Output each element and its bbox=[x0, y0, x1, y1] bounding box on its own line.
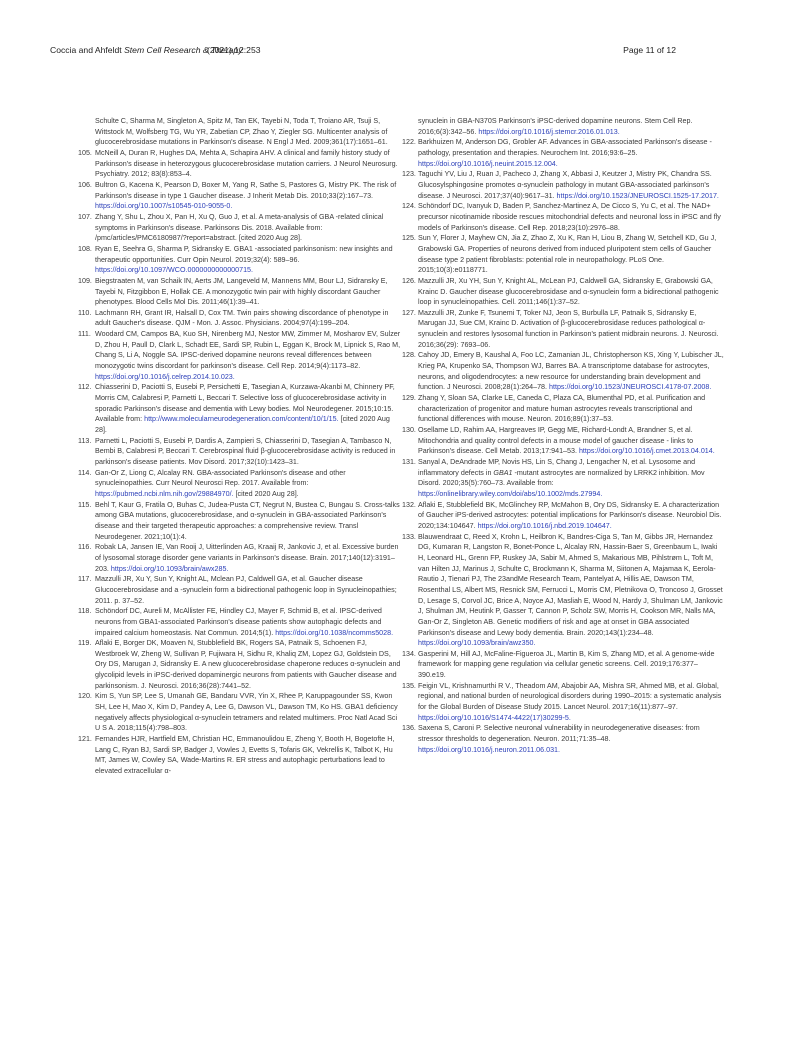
reference-item: 122.Barkhuizen M, Anderson DG, Grobler A… bbox=[402, 137, 724, 169]
reference-number: 133. bbox=[402, 532, 416, 543]
reference-text: Kim S, Yun SP, Lee S, Umanah GE, Bandaru… bbox=[95, 692, 398, 732]
reference-link[interactable]: https://onlinelibrary.wiley.com/doi/abs/… bbox=[418, 490, 602, 498]
reference-text: Ryan E, Seehra G, Sharma P, Sidransky E.… bbox=[95, 245, 393, 264]
reference-text: Saxena S, Caroni P. Selective neuronal v… bbox=[418, 724, 700, 743]
reference-text: Gasperini M, Hill AJ, McFaline-Figueroa … bbox=[418, 650, 714, 679]
reference-link[interactable]: http://www.molecularneurodegeneration.co… bbox=[144, 415, 339, 423]
reference-text: Biegstraaten M, van Schaik IN, Aerts JM,… bbox=[95, 277, 388, 306]
reference-number: 110. bbox=[78, 308, 91, 319]
references-left-column: Schulte C, Sharma M, Singleton A, Spitz … bbox=[82, 116, 402, 777]
reference-number: 115. bbox=[78, 500, 91, 511]
reference-item: 117.Mazzulli JR, Xu Y, Sun Y, Knight AL,… bbox=[82, 574, 402, 606]
reference-number: 117. bbox=[78, 574, 91, 585]
reference-link[interactable]: https://doi.org/10.1016/j.neuron.2011.06… bbox=[418, 746, 560, 754]
reference-number: 127. bbox=[402, 308, 416, 319]
reference-number: 135. bbox=[402, 681, 416, 692]
reference-item: 131.Sanyal A, DeAndrade MP, Novis HS, Li… bbox=[402, 457, 724, 500]
reference-text: Zhang Y, Shu L, Zhou X, Pan H, Xu Q, Guo… bbox=[95, 213, 383, 242]
reference-number: 123. bbox=[402, 169, 416, 180]
reference-number: 107. bbox=[78, 212, 92, 223]
reference-continuation: synuclein in GBA-N370S Parkinson's iPSC-… bbox=[402, 116, 724, 137]
reference-link[interactable]: https://doi.org/10.1007/s10545-010-9055-… bbox=[95, 202, 232, 210]
reference-item: 126.Mazzulli JR, Xu YH, Sun Y, Knight AL… bbox=[402, 276, 724, 308]
reference-item: 112.Chiasserini D, Paciotti S, Eusebi P,… bbox=[82, 382, 402, 435]
reference-item: 109.Biegstraaten M, van Schaik IN, Aerts… bbox=[82, 276, 402, 308]
reference-text: Aflaki E, Borger DK, Moaven N, Stubblefi… bbox=[95, 639, 400, 690]
reference-number: 122. bbox=[402, 137, 416, 148]
reference-number: 105. bbox=[78, 148, 92, 159]
reference-text: Feigin VL, Krishnamurthi R V., Theadom A… bbox=[418, 682, 721, 711]
reference-link[interactable]: https://doi.org/10.1097/WCO.000000000000… bbox=[95, 266, 253, 274]
reference-item: 115.Behl T, Kaur G, Fratila O, Buhas C, … bbox=[82, 500, 402, 543]
reference-number: 106. bbox=[78, 180, 92, 191]
reference-item: 120.Kim S, Yun SP, Lee S, Umanah GE, Ban… bbox=[82, 691, 402, 734]
reference-number: 125. bbox=[402, 233, 416, 244]
reference-item: 123.Taguchi YV, Liu J, Ruan J, Pacheco J… bbox=[402, 169, 724, 201]
reference-text: Fernandes HJR, Hartfield EM, Christian H… bbox=[95, 735, 394, 775]
reference-number: 118. bbox=[78, 606, 91, 617]
reference-link[interactable]: https://doi.org/10.1523/JNEUROSCI.1525-1… bbox=[557, 192, 719, 200]
reference-text: Woodard CM, Campos BA, Kuo SH, Nirenberg… bbox=[95, 330, 400, 370]
reference-link[interactable]: https://doi.org/10.1523/JNEUROSCI.4178-0… bbox=[549, 383, 711, 391]
doi-link[interactable]: https://doi.org/10.1016/j.stemcr.2016.01… bbox=[478, 128, 619, 136]
reference-item: 119.Aflaki E, Borger DK, Moaven N, Stubb… bbox=[82, 638, 402, 691]
reference-text: Lachmann RH, Grant IR, Halsall D, Cox TM… bbox=[95, 309, 388, 328]
reference-item: 110.Lachmann RH, Grant IR, Halsall D, Co… bbox=[82, 308, 402, 329]
reference-link[interactable]: https://doi.org/10.1016/j.nbd.2019.10464… bbox=[478, 522, 612, 530]
reference-text: Bultron G, Kacena K, Pearson D, Boxer M,… bbox=[95, 181, 396, 200]
reference-number: 131. bbox=[402, 457, 416, 468]
reference-continuation: Schulte C, Sharma M, Singleton A, Spitz … bbox=[82, 116, 402, 148]
reference-link[interactable]: https://doi.org/10.1016/S1474-4422(17)30… bbox=[418, 714, 571, 722]
references-right-column: synuclein in GBA-N370S Parkinson's iPSC-… bbox=[402, 116, 724, 755]
reference-number: 121. bbox=[78, 734, 92, 745]
gene-name: GBA1 bbox=[493, 469, 512, 477]
reference-number: 130. bbox=[402, 425, 416, 436]
reference-number: 126. bbox=[402, 276, 416, 287]
header-authors: Coccia and Ahfeldt bbox=[50, 45, 122, 55]
reference-link[interactable]: https://doi.org/10.1093/brain/awx285. bbox=[111, 565, 229, 573]
reference-number: 119. bbox=[78, 638, 91, 649]
reference-text: Behl T, Kaur G, Fratila O, Buhas C, Jude… bbox=[95, 501, 400, 541]
page-number: Page 11 of 12 bbox=[623, 45, 676, 55]
reference-number: 136. bbox=[402, 723, 416, 734]
reference-item: 134.Gasperini M, Hill AJ, McFaline-Figue… bbox=[402, 649, 724, 681]
reference-item: 128.Cahoy JD, Emery B, Kaushal A, Foo LC… bbox=[402, 350, 724, 393]
reference-number: 129. bbox=[402, 393, 416, 404]
reference-number: 120. bbox=[78, 691, 92, 702]
reference-text: Mazzulli JR, Zunke F, Tsunemi T, Toker N… bbox=[418, 309, 719, 349]
reference-item: 114.Gan-Or Z, Liong C, Alcalay RN. GBA-a… bbox=[82, 468, 402, 500]
reference-item: 106.Bultron G, Kacena K, Pearson D, Boxe… bbox=[82, 180, 402, 212]
reference-text: Parnetti L, Paciotti S, Eusebi P, Dardis… bbox=[95, 437, 395, 466]
reference-number: 109. bbox=[78, 276, 92, 287]
reference-item: 105.McNeill A, Duran R, Hughes DA, Mehta… bbox=[82, 148, 402, 180]
reference-link[interactable]: https://doi.org/10.1016/j.cmet.2013.04.0… bbox=[579, 447, 715, 455]
reference-number: 111. bbox=[78, 329, 91, 340]
reference-number: 108. bbox=[78, 244, 92, 255]
reference-text: Zhang Y, Sloan SA, Clarke LE, Caneda C, … bbox=[418, 394, 705, 423]
reference-text: Mazzulli JR, Xu Y, Sun Y, Knight AL, Mcl… bbox=[95, 575, 397, 604]
reference-item: 111.Woodard CM, Campos BA, Kuo SH, Niren… bbox=[82, 329, 402, 382]
reference-item: 116.Robak LA, Jansen IE, Van Rooij J, Ui… bbox=[82, 542, 402, 574]
reference-text: Sun Y, Florer J, Mayhew CN, Jia Z, Zhao … bbox=[418, 234, 716, 274]
reference-number: 134. bbox=[402, 649, 416, 660]
reference-link[interactable]: https://pubmed.ncbi.nlm.nih.gov/29884970… bbox=[95, 490, 234, 498]
reference-text: Mazzulli JR, Xu YH, Sun Y, Knight AL, Mc… bbox=[418, 277, 719, 306]
reference-item: 107.Zhang Y, Shu L, Zhou X, Pan H, Xu Q,… bbox=[82, 212, 402, 244]
reference-item: 113.Parnetti L, Paciotti S, Eusebi P, Da… bbox=[82, 436, 402, 468]
reference-number: 124. bbox=[402, 201, 416, 212]
reference-item: 108.Ryan E, Seehra G, Sharma P, Sidransk… bbox=[82, 244, 402, 276]
reference-link[interactable]: https://doi.org/10.1016/j.neuint.2015.12… bbox=[418, 160, 558, 168]
reference-number: 132. bbox=[402, 500, 416, 511]
reference-link[interactable]: https://doi.org/10.1016/j.celrep.2014.10… bbox=[95, 373, 235, 381]
running-header: Coccia and Ahfeldt Stem Cell Research & … bbox=[50, 45, 744, 61]
reference-item: 136.Saxena S, Caroni P. Selective neuron… bbox=[402, 723, 724, 755]
reference-item: 124.Schöndorf DC, Ivanyuk D, Baden P, Sa… bbox=[402, 201, 724, 233]
reference-text: Schöndorf DC, Ivanyuk D, Baden P, Sanche… bbox=[418, 202, 721, 231]
reference-number: 113. bbox=[78, 436, 91, 447]
reference-item: 125.Sun Y, Florer J, Mayhew CN, Jia Z, Z… bbox=[402, 233, 724, 276]
reference-text: McNeill A, Duran R, Hughes DA, Mehta A, … bbox=[95, 149, 398, 178]
reference-item: 127.Mazzulli JR, Zunke F, Tsunemi T, Tok… bbox=[402, 308, 724, 351]
reference-number: 116. bbox=[78, 542, 91, 553]
reference-item: 118.Schöndorf DC, Aureli M, McAllister F… bbox=[82, 606, 402, 638]
reference-item: 121.Fernandes HJR, Hartfield EM, Christi… bbox=[82, 734, 402, 777]
reference-link[interactable]: https://doi.org/10.1093/brain/awz350. bbox=[418, 639, 536, 647]
reference-item: 133.Blauwendraat C, Reed X, Krohn L, Hei… bbox=[402, 532, 724, 649]
reference-item: 129.Zhang Y, Sloan SA, Clarke LE, Caneda… bbox=[402, 393, 724, 425]
reference-number: 112. bbox=[78, 382, 91, 393]
reference-item: 130.Osellame LD, Rahim AA, Hargreaves IP… bbox=[402, 425, 724, 457]
reference-item: 135.Feigin VL, Krishnamurthi R V., Thead… bbox=[402, 681, 724, 724]
reference-number: 114. bbox=[78, 468, 91, 479]
reference-item: 132.Aflaki E, Stubblefield BK, McGlinche… bbox=[402, 500, 724, 532]
header-volume: (2021) 12:253 bbox=[207, 45, 261, 55]
reference-number: 128. bbox=[402, 350, 416, 361]
reference-text: [cited 2020 Aug 28]. bbox=[234, 490, 299, 498]
reference-text: Barkhuizen M, Anderson DG, Grobler AF. A… bbox=[418, 138, 712, 157]
reference-text: Blauwendraat C, Reed X, Krohn L, Heilbro… bbox=[418, 533, 723, 637]
reference-link[interactable]: https://doi.org/10.1038/ncomms5028. bbox=[275, 629, 393, 637]
reference-text: Gan-Or Z, Liong C, Alcalay RN. GBA-assoc… bbox=[95, 469, 346, 488]
